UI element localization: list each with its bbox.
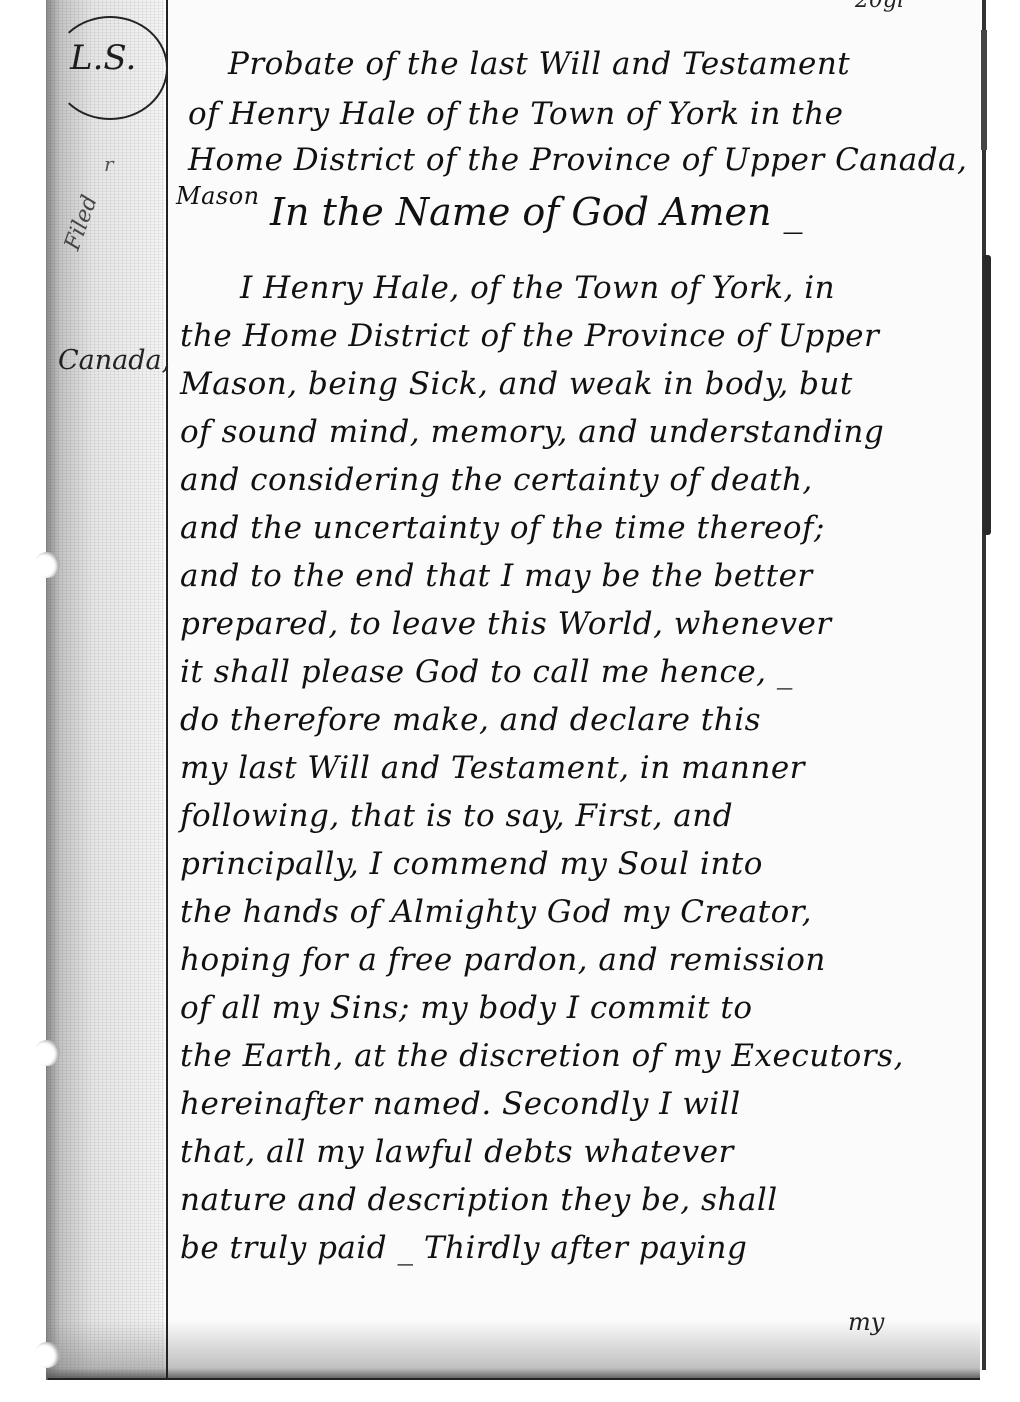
body-line: I Henry Hale, of the Town of York, in [240,270,835,306]
body-line: Mason, being Sick, and weak in body, but [180,366,853,402]
body-line: and the uncertainty of the time thereof; [180,510,825,546]
body-line: of all my Sins; my body I commit to [180,990,753,1026]
body-line: prepared, to leave this World, whenever [180,606,832,642]
body-line: my last Will and Testament, in manner [180,750,805,786]
body-line: hereinafter named. Secondly I will [180,1086,741,1122]
body-line: and considering the certainty of death, [180,462,813,498]
body-line: of sound mind, memory, and understanding [180,414,884,450]
margin-note-mark: r [104,152,114,176]
title-line: Home District of the Province of Upper C… [188,142,967,178]
punch-hole-icon [34,1342,60,1368]
page-right-edge [982,0,986,1370]
invocation-heading: In the Name of God Amen _ [270,190,803,234]
body-line: the Earth, at the discretion of my Execu… [180,1038,904,1074]
margin-note-canada: Canada, [58,345,170,376]
punch-hole-icon [34,1040,60,1066]
body-line: the hands of Almighty God my Creator, [180,894,812,930]
page-right-edge-shadow [981,30,987,150]
scan-shadow-left [46,0,164,1380]
body-line: it shall please God to call me hence, _ [180,654,793,690]
seal-label: L.S. [70,38,136,78]
scan-shadow-bottom [46,1320,980,1380]
body-line: that, all my lawful debts whatever [180,1134,734,1170]
body-line: principally, I commend my Soul into [180,846,763,882]
body-line: nature and description they be, shall [180,1182,778,1218]
page-right-edge-shadow [983,255,991,535]
body-line: do therefore make, and declare this [180,702,761,738]
body-line: the Home District of the Province of Upp… [180,318,879,354]
title-line: of Henry Hale of the Town of York in the [188,96,843,132]
page-number: 20gl [855,0,904,13]
body-line: hoping for a free pardon, and remission [180,942,826,978]
catchword: my [848,1308,884,1336]
title-line: Mason [176,182,260,210]
body-line: following, that is to say, First, and [180,798,733,834]
title-line: Probate of the last Will and Testament [228,46,850,82]
body-line: be truly paid _ Thirdly after paying [180,1230,747,1266]
margin-rule [166,0,168,1380]
punch-hole-icon [34,552,60,578]
body-line: and to the end that I may be the better [180,558,813,594]
page-bottom-edge [48,1378,980,1380]
